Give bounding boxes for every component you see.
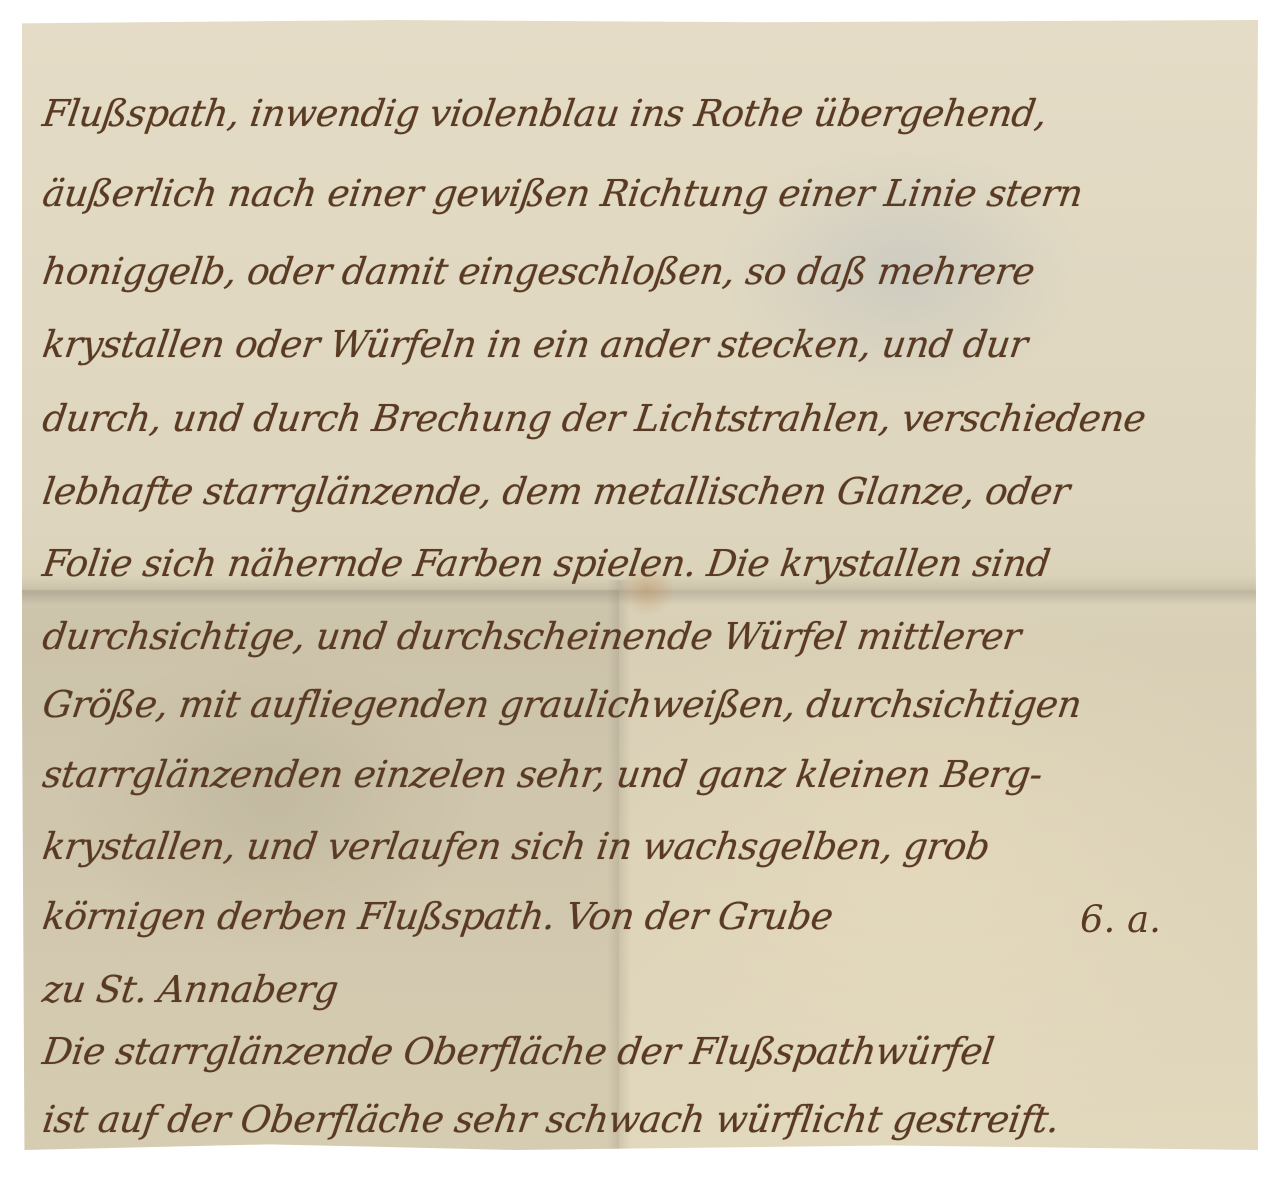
text-line-7: Folie sich nähernde Farben spielen. Die … (40, 542, 1053, 585)
catalog-mark: 6. a. (1080, 898, 1161, 941)
text-line-4: krystallen oder Würfeln in ein ander ste… (40, 323, 1030, 366)
text-line-14: Die starrglänzende Oberfläche der Flußsp… (40, 1030, 996, 1073)
text-line-5: durch, und durch Brechung der Lichtstrah… (40, 397, 1148, 440)
text-line-1: Flußspath, inwendig violenblau ins Rothe… (40, 92, 1049, 135)
text-line-13: zu St. Annaberg (40, 968, 341, 1011)
text-line-10: starrglänzenden einzelen sehr, und ganz … (40, 753, 1045, 796)
text-line-12: körnigen derben Flußspath. Von der Grube (40, 895, 836, 938)
text-line-6: lebhafte starrglänzende, dem metallische… (40, 470, 1072, 513)
text-line-9: Größe, mit aufliegenden graulichweißen, … (40, 683, 1084, 726)
text-line-8: durchsichtige, und durchscheinende Würfe… (40, 615, 1023, 658)
text-line-15: ist auf der Oberfläche sehr schwach würf… (40, 1098, 1062, 1141)
text-line-2: äußerlich nach einer gewißen Richtung ei… (40, 172, 1085, 215)
text-line-3: honiggelb, oder damit eingeschloßen, so … (40, 250, 1037, 293)
text-line-11: krystallen, und verlaufen sich in wachsg… (40, 825, 992, 868)
